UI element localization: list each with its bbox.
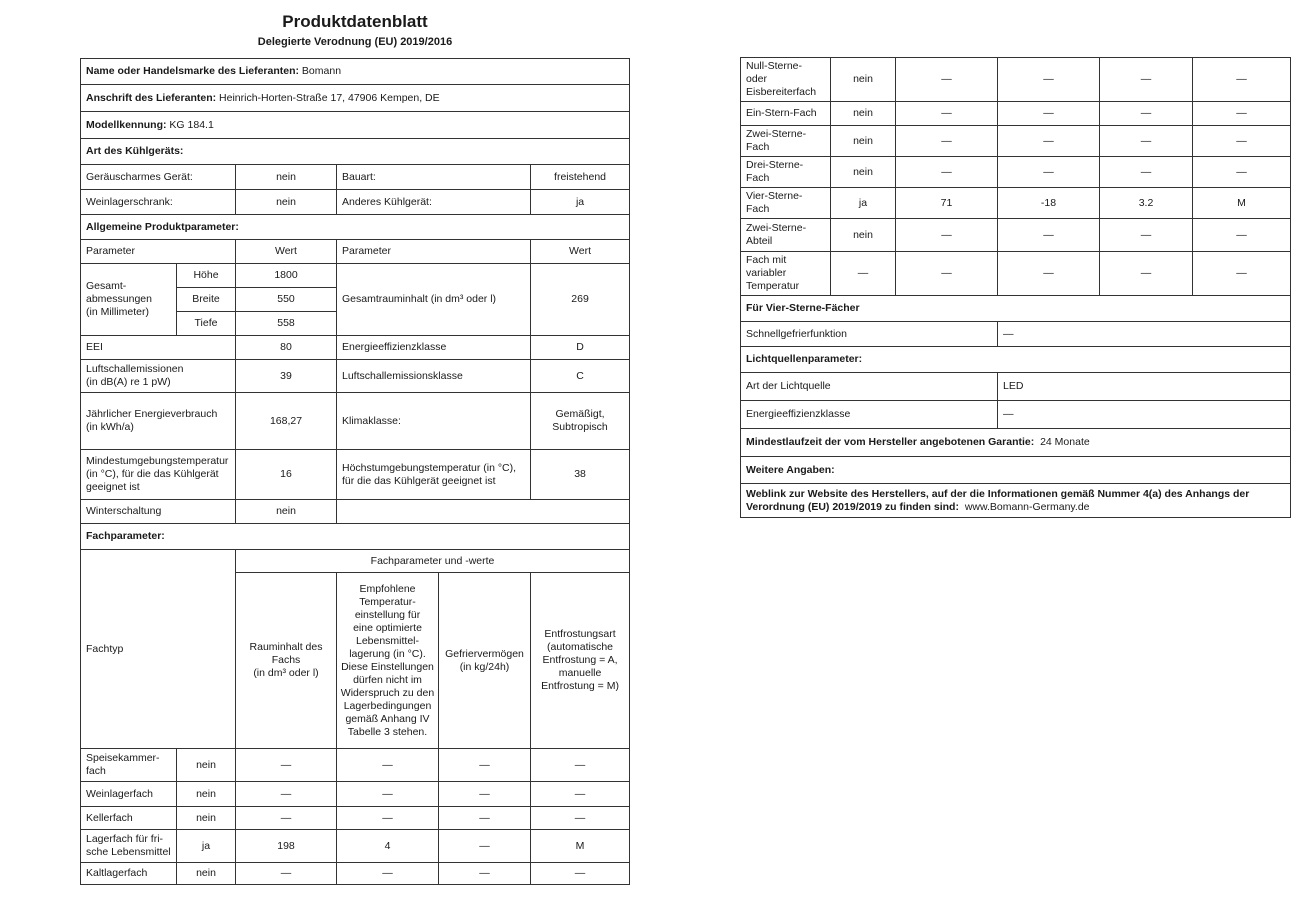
model-row: Modellkennung: KG 184.1 [81,112,630,139]
type-value: nein [236,190,337,215]
type-label: Bauart: [337,165,531,190]
compartment-type: Weinlagerfach [81,782,177,807]
compartment-present: nein [831,102,896,126]
param-label: Jährlicher Energieverbrauch (in kWh/a) [81,393,236,450]
compartment-row: Drei-Sterne-Fachnein———— [741,157,1291,188]
param-label: Höchstumgebungstemperatur (in °C), für d… [337,450,531,500]
compartment-present: nein [177,749,236,782]
model-id: KG 184.1 [169,119,213,131]
compartment-defrost: — [531,749,630,782]
compartment-defrost: — [531,807,630,830]
compartment-temp: — [337,807,439,830]
compartment-freeze: — [1100,102,1193,126]
compartment-freeze: — [439,863,531,885]
compartment-present: ja [831,188,896,219]
compartment-row: Vier-Sterne-Fachja71-183.2M [741,188,1291,219]
compartment-freeze: — [1100,58,1193,102]
further-heading: Weitere Angaben: [741,457,1291,484]
compartment-freeze: — [439,782,531,807]
light-type-label: Art der Lichtquelle [741,373,998,401]
compartment-temp: — [998,252,1100,296]
param-value: 38 [531,450,630,500]
compartment-present: nein [831,126,896,157]
param-label: Klimaklasse: [337,393,531,450]
compartment-freeze: — [1100,157,1193,188]
compartment-row: Zwei-Sterne-Abteilnein———— [741,219,1291,252]
param-label: EEI [81,336,236,360]
compartment-defrost: M [1193,188,1291,219]
compartment-volume: — [896,157,998,188]
weblink-row: Weblink zur Website des Herstellers, auf… [741,484,1291,518]
type-value: ja [531,190,630,215]
compartment-defrost: M [531,830,630,863]
volume-value: 269 [531,264,630,336]
compartment-present: nein [177,782,236,807]
compartment-volume: — [896,219,998,252]
compartment-type: Zwei-Sterne-Abteil [741,219,831,252]
compartment-row: Ein-Stern-Fachnein———— [741,102,1291,126]
compartment-type: Kellerfach [81,807,177,830]
compartment-freeze: — [1100,126,1193,157]
compartment-temp: — [998,102,1100,126]
winter-value: nein [236,500,337,524]
dim-label: Breite [177,288,236,312]
compartment-defrost: — [1193,157,1291,188]
type-value: freistehend [531,165,630,190]
compartment-temp: — [998,58,1100,102]
type-label: Weinlagerschrank: [81,190,236,215]
dim-label: Tiefe [177,312,236,336]
compartment-row: Kaltlagerfachnein———— [81,863,630,885]
compartment-volume: — [236,863,337,885]
param-row: EEI 80 Energieeffizienzklasse D [81,336,630,360]
compartments-heading: Fachparameter: [81,524,630,550]
light-heading: Lichtquellenparameter: [741,347,1291,373]
col-temp: Empfohlene Temperatur- einstellung für e… [337,573,439,749]
col-value: Wert [531,240,630,264]
dim-value: 558 [236,312,337,336]
compartment-defrost: — [1193,102,1291,126]
dims-label: Gesamt- abmessungen (in Millimeter) [81,264,177,336]
compartment-freeze: — [439,830,531,863]
compartment-temp: — [998,219,1100,252]
compartment-defrost: — [531,863,630,885]
compartment-volume: — [236,782,337,807]
compartment-freeze: 3.2 [1100,188,1193,219]
compartment-defrost: — [1193,252,1291,296]
weblink[interactable]: www.Bomann-Germany.de [965,501,1090,513]
compartment-volume: — [896,102,998,126]
compartment-present: nein [831,58,896,102]
supplier-address-row: Anschrift des Lieferanten: Heinrich-Hort… [81,85,630,112]
compartment-temp: — [337,863,439,885]
light-class-label: Energieeffizienzklasse [741,401,998,429]
compartment-present: ja [177,830,236,863]
warranty-value: 24 Monate [1040,436,1090,448]
compartment-defrost: — [1193,219,1291,252]
general-heading: Allgemeine Produktparameter: [81,215,630,240]
compartment-temp: — [337,782,439,807]
param-row: Mindestumgebungstemperatur (in °C), für … [81,450,630,500]
supplier-address: Heinrich-Horten-Straße 17, 47906 Kempen,… [219,92,440,104]
param-row: Jährlicher Energieverbrauch (in kWh/a) 1… [81,393,630,450]
param-value: Gemäßigt, Subtropisch [531,393,630,450]
compartment-present: — [831,252,896,296]
compartment-row: Zwei-Sterne-Fachnein———— [741,126,1291,157]
compartment-row: Speisekammer- fachnein———— [81,749,630,782]
col-fachtyp: Fachtyp [81,550,236,749]
param-row: Luftschallemissionen (in dB(A) re 1 pW) … [81,360,630,393]
page-subtitle: Delegierte Verodnung (EU) 2019/2016 [80,36,630,48]
compartment-temp: — [998,126,1100,157]
datasheet-table-left: Name oder Handelsmarke des Lieferanten: … [80,58,630,885]
type-heading: Art des Kühlgeräts: [81,139,630,165]
type-label: Anderes Kühlgerät: [337,190,531,215]
col-volume: Rauminhalt des Fachs (in dm³ oder l) [236,573,337,749]
volume-label: Gesamtrauminhalt (in dm³ oder l) [337,264,531,336]
compartment-present: nein [831,219,896,252]
quick-freeze-value: — [998,322,1291,347]
compartment-volume: 198 [236,830,337,863]
compartment-row: Fach mit variabler Temperatur————— [741,252,1291,296]
compartment-row: Weinlagerfachnein———— [81,782,630,807]
col-defrost: Entfrostungsart (automatische Entfrostun… [531,573,630,749]
group-header: Fachparameter und -werte [236,550,630,573]
compartment-present: nein [177,807,236,830]
compartment-type: Lagerfach für fri- sche Lebensmittel [81,830,177,863]
col-param: Parameter [337,240,531,264]
empty-cell [337,500,630,524]
compartment-volume: 71 [896,188,998,219]
winter-label: Winterschaltung [81,500,236,524]
compartment-volume: — [896,58,998,102]
param-label: Mindestumgebungstemperatur (in °C), für … [81,450,236,500]
compartment-defrost: — [531,782,630,807]
compartment-type: Kaltlagerfach [81,863,177,885]
type-value: nein [236,165,337,190]
param-value: C [531,360,630,393]
compartment-volume: — [236,807,337,830]
col-param: Parameter [81,240,236,264]
compartment-volume: — [236,749,337,782]
compartment-freeze: — [1100,252,1193,296]
param-label: Luftschallemissionsklasse [337,360,531,393]
compartment-type: Null-Sterne- oder Eisbereiterfach [741,58,831,102]
compartment-present: nein [831,157,896,188]
compartment-temp: 4 [337,830,439,863]
param-value: 39 [236,360,337,393]
compartment-temp: — [337,749,439,782]
param-label: Luftschallemissionen (in dB(A) re 1 pW) [81,360,236,393]
compartment-defrost: — [1193,58,1291,102]
col-freeze: Gefriervermögen (in kg/24h) [439,573,531,749]
dim-value: 550 [236,288,337,312]
page-title: Produktdatenblatt [80,12,630,32]
light-type-value: LED [998,373,1291,401]
compartment-present: nein [177,863,236,885]
compartment-temp: — [998,157,1100,188]
col-value: Wert [236,240,337,264]
warranty-row: Mindestlaufzeit der vom Hersteller angeb… [741,429,1291,457]
param-value: 80 [236,336,337,360]
compartment-freeze: — [439,807,531,830]
compartment-freeze: — [439,749,531,782]
compartment-freeze: — [1100,219,1193,252]
compartment-defrost: — [1193,126,1291,157]
param-value: 168,27 [236,393,337,450]
supplier-name-row: Name oder Handelsmarke des Lieferanten: … [81,59,630,85]
param-label: Energieeffizienzklasse [337,336,531,360]
compartment-type: Drei-Sterne-Fach [741,157,831,188]
four-star-heading: Für Vier-Sterne-Fächer [741,296,1291,322]
compartment-row: Null-Sterne- oder Eisbereiterfachnein———… [741,58,1291,102]
datasheet-table-right: Null-Sterne- oder Eisbereiterfachnein———… [740,57,1291,518]
dim-value: 1800 [236,264,337,288]
light-class-value: — [998,401,1291,429]
compartment-type: Fach mit variabler Temperatur [741,252,831,296]
quick-freeze-label: Schnellgefrierfunktion [741,322,998,347]
compartment-volume: — [896,252,998,296]
param-value: 16 [236,450,337,500]
compartment-type: Ein-Stern-Fach [741,102,831,126]
compartment-row: Kellerfachnein———— [81,807,630,830]
compartment-temp: -18 [998,188,1100,219]
compartment-type: Vier-Sterne-Fach [741,188,831,219]
supplier-name: Bomann [302,65,341,77]
param-value: D [531,336,630,360]
compartment-volume: — [896,126,998,157]
type-label: Geräuscharmes Gerät: [81,165,236,190]
compartment-row: Lagerfach für fri- sche Lebensmittelja19… [81,830,630,863]
compartment-type: Zwei-Sterne-Fach [741,126,831,157]
compartment-type: Speisekammer- fach [81,749,177,782]
dim-label: Höhe [177,264,236,288]
